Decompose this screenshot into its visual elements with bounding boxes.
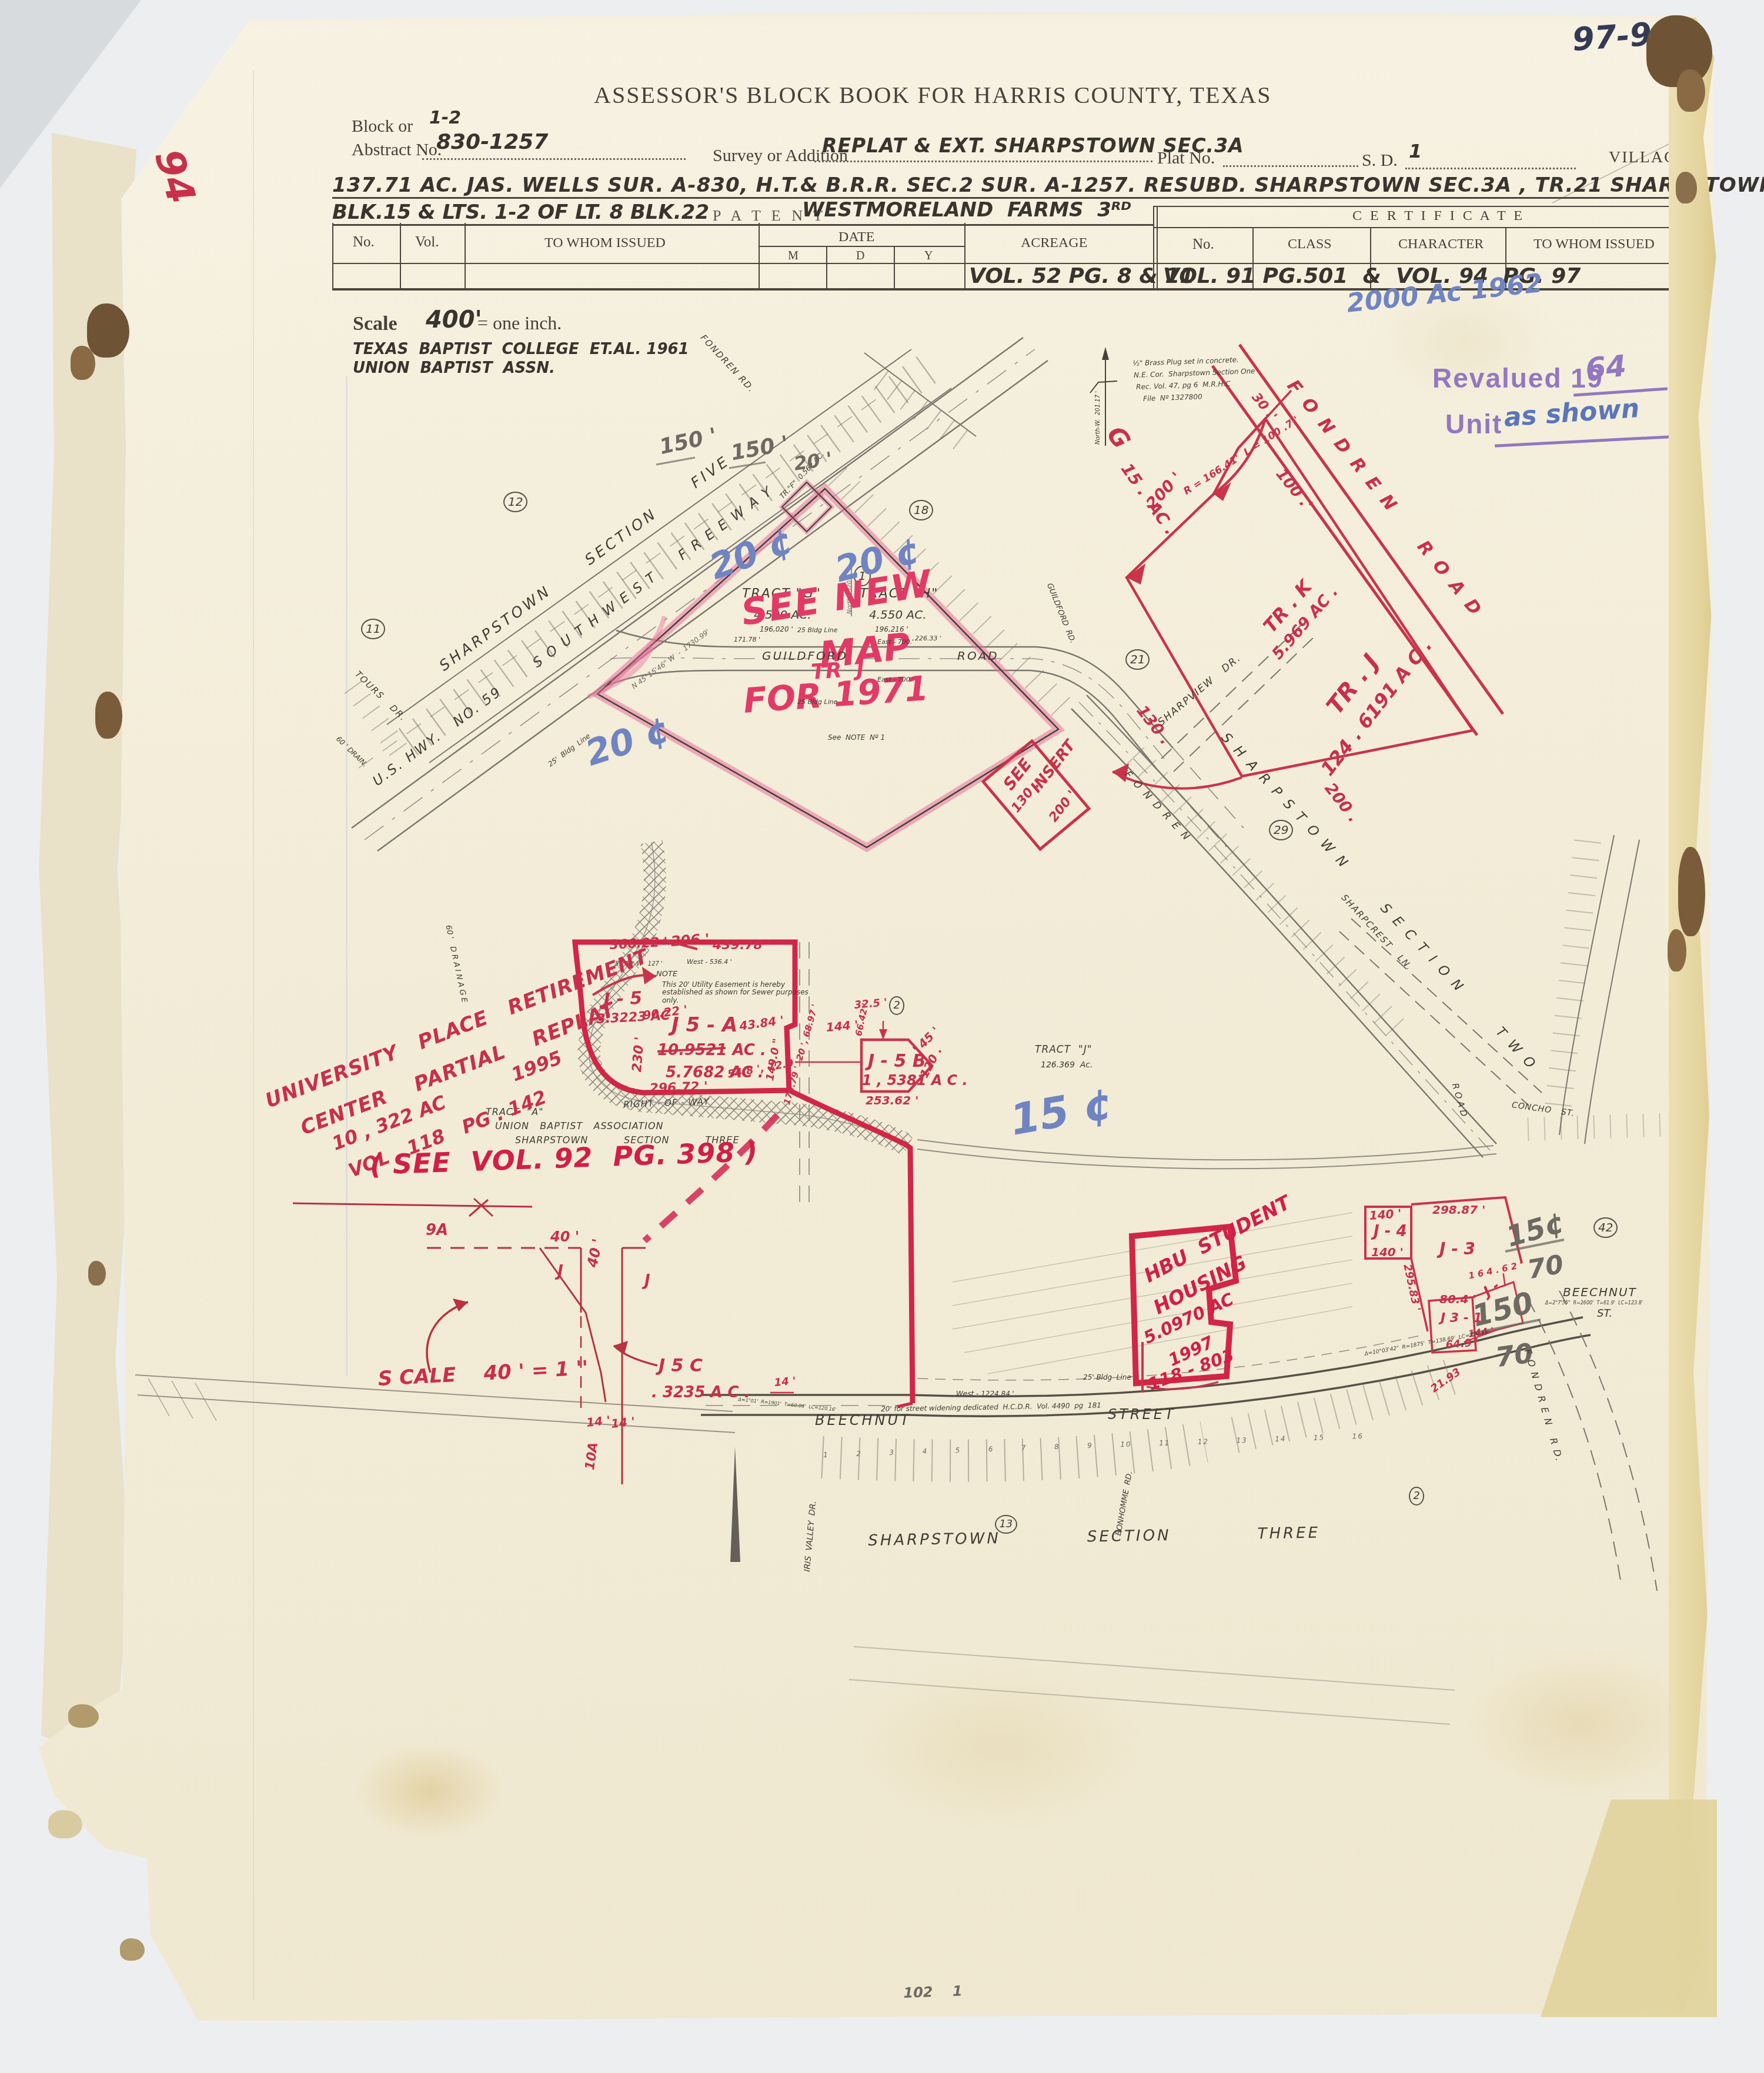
entry-left: VOL. 52 PG. 8 & 11 — [969, 265, 1194, 288]
drainage-label: 60 ' D R A I N A G E — [443, 924, 468, 1003]
map-labels: 97-9994FONDREN RD.SHARPSTOWN SECTION FIV… — [0, 0, 1764, 2073]
torn-debris — [68, 1704, 99, 1728]
inset-j-2: J — [644, 1273, 650, 1290]
circled-2-beechnut: 2 — [1409, 1487, 1424, 1505]
dim-25362: 253.62 ' — [866, 1094, 918, 1107]
beechnut-curve-data: Δ=2°7'55" R=2600' T=61.9' LC=123.8' — [1545, 1301, 1643, 1306]
inset-9a: 9A — [426, 1222, 448, 1239]
tline — [826, 246, 827, 289]
block-value: 1-2 — [429, 108, 461, 128]
fondren-100: 100 .' — [1272, 466, 1315, 513]
dim-14-red: 14 ' — [774, 1376, 796, 1389]
torn-debris — [1668, 929, 1686, 972]
col-character: CHARACTER — [1398, 236, 1484, 252]
tline — [964, 223, 965, 289]
guildford-east-1: East - 700.' — [877, 639, 914, 646]
note-body: This 20' Utility Easement is hereby esta… — [662, 981, 808, 1004]
guildford-road-label: ROAD — [957, 649, 999, 662]
scale-value: 400' — [426, 307, 482, 333]
brass-3: Rec. Vol. 47, pg 6 M.R.H.C — [1136, 380, 1231, 391]
guildford-label: GUILDFORD — [762, 649, 848, 662]
inset-j5c: J 5 C — [659, 1356, 703, 1376]
j3: J - 3 — [1439, 1240, 1475, 1258]
dim-29887: 298.87 ' — [1432, 1203, 1485, 1216]
tline — [894, 246, 895, 289]
widening-note: 20' for street widening dedicated H.C.D.… — [881, 1401, 1101, 1413]
pencil-20: 20 ' — [793, 449, 834, 475]
dim-17579: 175.79 ' 20 ', 68.97 ' — [782, 1003, 820, 1106]
circled-11: 11 — [361, 619, 385, 639]
note-head: NOTE — [656, 970, 677, 979]
j5a: J 5 - A — [671, 1014, 737, 1036]
bonhomme: BONHOMME RD. — [1115, 1471, 1135, 1537]
circled-18: 18 — [909, 500, 933, 520]
plat-underline — [1223, 165, 1358, 167]
inset-scale: S CALE 40 ' = 1 '' — [377, 1357, 589, 1390]
page-94: 94 — [146, 145, 203, 209]
blue-20c-c: 20 ¢ — [581, 710, 675, 774]
dim-206: 206 ' — [670, 931, 710, 949]
col-vol: Vol. — [415, 234, 439, 251]
pencil-150-b: 150 ' — [729, 432, 790, 466]
date-underline — [759, 246, 964, 247]
see-note-no1: See NOTE Nº 1 — [828, 734, 885, 742]
brass-4: File Nº 1327800 — [1143, 393, 1202, 403]
dim-2193: 21.93 — [1429, 1366, 1463, 1395]
tract-j-black: TRACT "J" — [1035, 1044, 1093, 1056]
brass-2: N.E. Cor. Sharpstown Section One — [1134, 368, 1255, 380]
col-issued: TO WHOM ISSUED — [544, 235, 666, 251]
dim-west-536: West - 536.4 ' — [687, 959, 732, 966]
sharpstown-three-b: SHARPSTOWN SECTION THREE — [868, 1525, 1320, 1550]
acreage-label: ACREAGE — [1021, 235, 1087, 251]
date-m: M — [788, 249, 799, 262]
tline — [400, 223, 401, 289]
fondren-rd-top: FONDREN RD. — [699, 333, 757, 395]
dim-171: 171.78 ' — [734, 636, 760, 643]
col-class: CLASS — [1288, 236, 1332, 252]
inset-14-a: 14 ' — [586, 1414, 611, 1430]
unit-stamp: Unit — [1445, 409, 1502, 440]
j4: J - 4 — [1374, 1223, 1407, 1240]
circled-29: 29 — [1269, 820, 1293, 840]
date-label: DATE — [838, 229, 874, 245]
plat-label: Plat No. — [1157, 148, 1215, 168]
cert-top-line — [1154, 206, 1673, 207]
dim-439: 439.78 ' — [713, 939, 771, 953]
k-30: 30 .' — [1248, 390, 1279, 424]
torn-debris — [120, 1938, 145, 1961]
revalued-stamp: Revalued 19 — [1432, 363, 1603, 394]
circled-21: 21 — [1125, 649, 1150, 670]
g-tract: G — [1101, 421, 1135, 453]
beechnut-curve-left: Δ=1°01' R=1901' T=60.06' LC=120.16' — [738, 1397, 836, 1413]
scanned-assessor-map-page: 97-9994FONDREN RD.SHARPSTOWN SECTION FIV… — [0, 0, 1764, 2073]
sd-value: 1 — [1409, 141, 1422, 162]
blue-15c: 15 ¢ — [1007, 1080, 1117, 1144]
beechnut-lots: 1 2 3 4 5 6 7 8 9 10 11 12 13 14 15 16 — [823, 1433, 1364, 1460]
right-of-way: RIGHT - OF - WAY — [623, 1097, 710, 1110]
col-no2: No. — [1192, 236, 1214, 253]
torn-debris — [48, 1810, 82, 1838]
circled-12: 12 — [503, 492, 527, 512]
note-line-2: UNION BAPTIST ASSN. — [353, 360, 555, 377]
sd-label: S. D. — [1362, 151, 1398, 171]
guildford-east-2: East - 700.' — [877, 676, 914, 683]
inset-10a: 10A — [583, 1441, 602, 1471]
inset-40-b: 40 ' — [584, 1237, 606, 1269]
abstract-label: Abstract No. — [352, 140, 442, 160]
revalued-value: 64 — [1584, 349, 1628, 386]
tract-j-black-ac: 126.369 Ac. — [1041, 1061, 1093, 1070]
dim-230: 230 ' — [630, 1036, 648, 1073]
dim-west-1224: West - 1224.84 ' — [956, 1390, 1014, 1398]
beechnut-st-right-2: ST. — [1597, 1308, 1612, 1320]
col-no: No. — [353, 234, 375, 251]
sharpstown-two: S H A R P S T O W N S E C T I O N T W O — [1218, 730, 1539, 1073]
inset-14-b: 14 ' — [610, 1415, 636, 1431]
scale-label: Scale — [353, 313, 397, 335]
torn-debris — [87, 303, 129, 358]
description-line-2: BLK.15 & LTS. 1-2 OF LT. 8 BLK.22 — [332, 201, 709, 223]
pencil-150-a: 150 ' — [657, 424, 719, 459]
pencil-70-a: 70 — [1525, 1250, 1566, 1284]
dim-4384: 43.84 ' — [739, 1013, 785, 1033]
tline — [759, 223, 760, 289]
tline — [332, 223, 333, 289]
torn-debris — [1676, 172, 1697, 203]
description-underline-2 — [332, 224, 1154, 226]
circled-2-j5b: 2 — [889, 996, 904, 1015]
concho-st: CONCHO ST. — [1511, 1101, 1575, 1119]
patent-value: WESTMORELAND FARMS 3ᴿᴰ — [802, 199, 1131, 221]
torn-debris — [71, 346, 95, 380]
block-or-label: Block or — [352, 116, 413, 136]
j4-140-bot: 140 ' — [1371, 1246, 1404, 1259]
freeway-bearing: N 45°15'46" W - 1730.99' — [630, 628, 711, 691]
j5a-old: 10.9521 AC . — [657, 1042, 766, 1059]
insert-200: 200 ' — [1047, 788, 1080, 825]
dim-296: 296.72 ' — [649, 1080, 708, 1097]
torn-debris — [1677, 69, 1705, 112]
inset-40-a: 40 ' — [550, 1229, 579, 1245]
beechnut-label: BEECHNUT — [815, 1413, 911, 1428]
abstract-value: 830-1257 — [436, 131, 548, 154]
iris-valley: IRIS VALLEY DR. — [803, 1501, 818, 1573]
beechnut-bldg-line: 25' Bldg Line — [1083, 1374, 1131, 1381]
fondren-mid: F O N D R E N — [1122, 769, 1192, 844]
col-issued2: TO WHOM ISSUED — [1534, 236, 1655, 252]
abstract-underline — [422, 158, 686, 160]
pencil-102: 102 1 — [903, 1984, 963, 2001]
j5b-ac: 1 , 5381 A C . — [862, 1073, 968, 1089]
pencil-15c: 15¢ — [1503, 1207, 1568, 1253]
fondren-rd-bottom: F O N D R E N R D. — [1522, 1348, 1565, 1463]
guildford-bldg-line-2: 25 Bldg Line — [797, 699, 837, 706]
street-label: STREET — [1108, 1407, 1176, 1423]
scale-eq: = one inch. — [477, 313, 562, 334]
certificate-label: C E R T I F I C A T E — [1352, 208, 1525, 224]
date-d: D — [856, 249, 864, 262]
cert-bottom-line — [1154, 227, 1673, 228]
torn-debris — [95, 692, 122, 739]
inset-j-1: J — [557, 1263, 563, 1280]
road-label: R O A D — [1450, 1082, 1469, 1118]
drain-60: 60 ' DRAIN. — [335, 735, 369, 769]
dim-226: 226.33 ' — [915, 635, 941, 642]
torn-debris — [88, 1261, 106, 1286]
brass-1: ½" Brass Plug set in concrete. — [1132, 356, 1239, 368]
j4-140-top: 140 ' — [1369, 1207, 1402, 1222]
guildford-rd-east: GUILDFORD RD. — [1045, 582, 1077, 645]
beechnut-st-right: BEECHNUT — [1563, 1286, 1637, 1298]
tline — [465, 223, 466, 289]
guildford-bldg-line-1: 25 Bldg Line — [797, 627, 837, 634]
note-line-1: TEXAS BAPTIST COLLEGE ET.AL. 1961 — [353, 341, 689, 358]
pencil-150: 150 — [1469, 1286, 1536, 1333]
sharpview-dr: SHARPVIEW DR. — [1156, 653, 1244, 729]
k-200-b: 200 . — [1321, 780, 1362, 826]
union-baptist: UNION BAPTIST ASSOCIATION — [495, 1121, 663, 1131]
tours-dr: TOURS DR. — [353, 669, 408, 723]
j5b: J - 5 B — [868, 1051, 926, 1071]
north-tick: North-W. 201.17 ' — [1095, 391, 1101, 445]
page-title: ASSESSOR'S BLOCK BOOK FOR HARRIS COUNTY,… — [594, 82, 1271, 109]
description-line-1: 137.71 AC. JAS. WELLS SUR. A-830, H.T.& … — [332, 174, 1764, 196]
sd-underline — [1405, 167, 1576, 169]
dim-29583: 295.83 ' — [1401, 1263, 1422, 1313]
date-y: Y — [924, 249, 933, 262]
circled-42: 42 — [1593, 1217, 1618, 1238]
inset-j5c-ac: . 3235 A C . — [652, 1384, 750, 1401]
survey-underline — [814, 160, 1152, 162]
